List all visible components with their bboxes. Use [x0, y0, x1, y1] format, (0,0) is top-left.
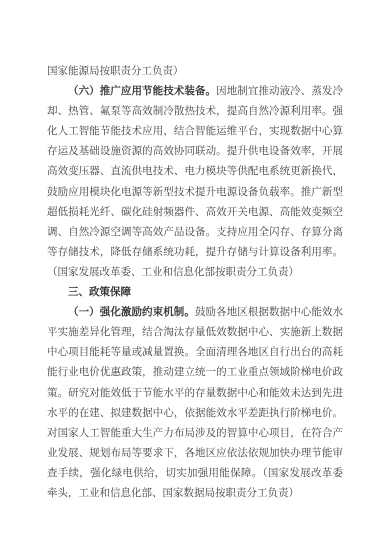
- continuation-text: 国家能源局按职责分工负责）: [47, 66, 184, 77]
- document-page: 国家能源局按职责分工负责） （六）推广应用节能技术装备。因地制宜推动液冷、蒸发冷…: [0, 0, 390, 551]
- paragraph-item-six: （六）推广应用节能技术装备。因地制宜推动液冷、蒸发冷却、热管、氟泵等高效制冷散热…: [47, 82, 343, 283]
- section-heading: 三、政策保障: [47, 283, 343, 303]
- paragraph-continuation: 国家能源局按职责分工负责）: [47, 62, 343, 82]
- item-one-body: 鼓励各地区根据数据中心能效水平实施差异化管理，结合淘汰存量低效数据中心、实施新上…: [47, 307, 343, 479]
- section-heading-text: 三、政策保障: [68, 287, 131, 298]
- item-six-body: 因地制宜推动液冷、蒸发冷却、热管、氟泵等高效制冷散热技术，提高自然冷源利用率。强…: [47, 86, 343, 258]
- document-body: 国家能源局按职责分工负责） （六）推广应用节能技术装备。因地制宜推动液冷、蒸发冷…: [47, 62, 343, 504]
- item-six-lead: （六）推广应用节能技术装备。: [68, 86, 216, 97]
- item-one-lead: （一）强化激励约束机制。: [68, 307, 195, 318]
- paragraph-item-one: （一）强化激励约束机制。鼓励各地区根据数据中心能效水平实施差异化管理，结合淘汰存…: [47, 303, 343, 504]
- item-six-attribution: （国家发展改革委、工业和信息化部按职责分工负责）: [47, 267, 299, 278]
